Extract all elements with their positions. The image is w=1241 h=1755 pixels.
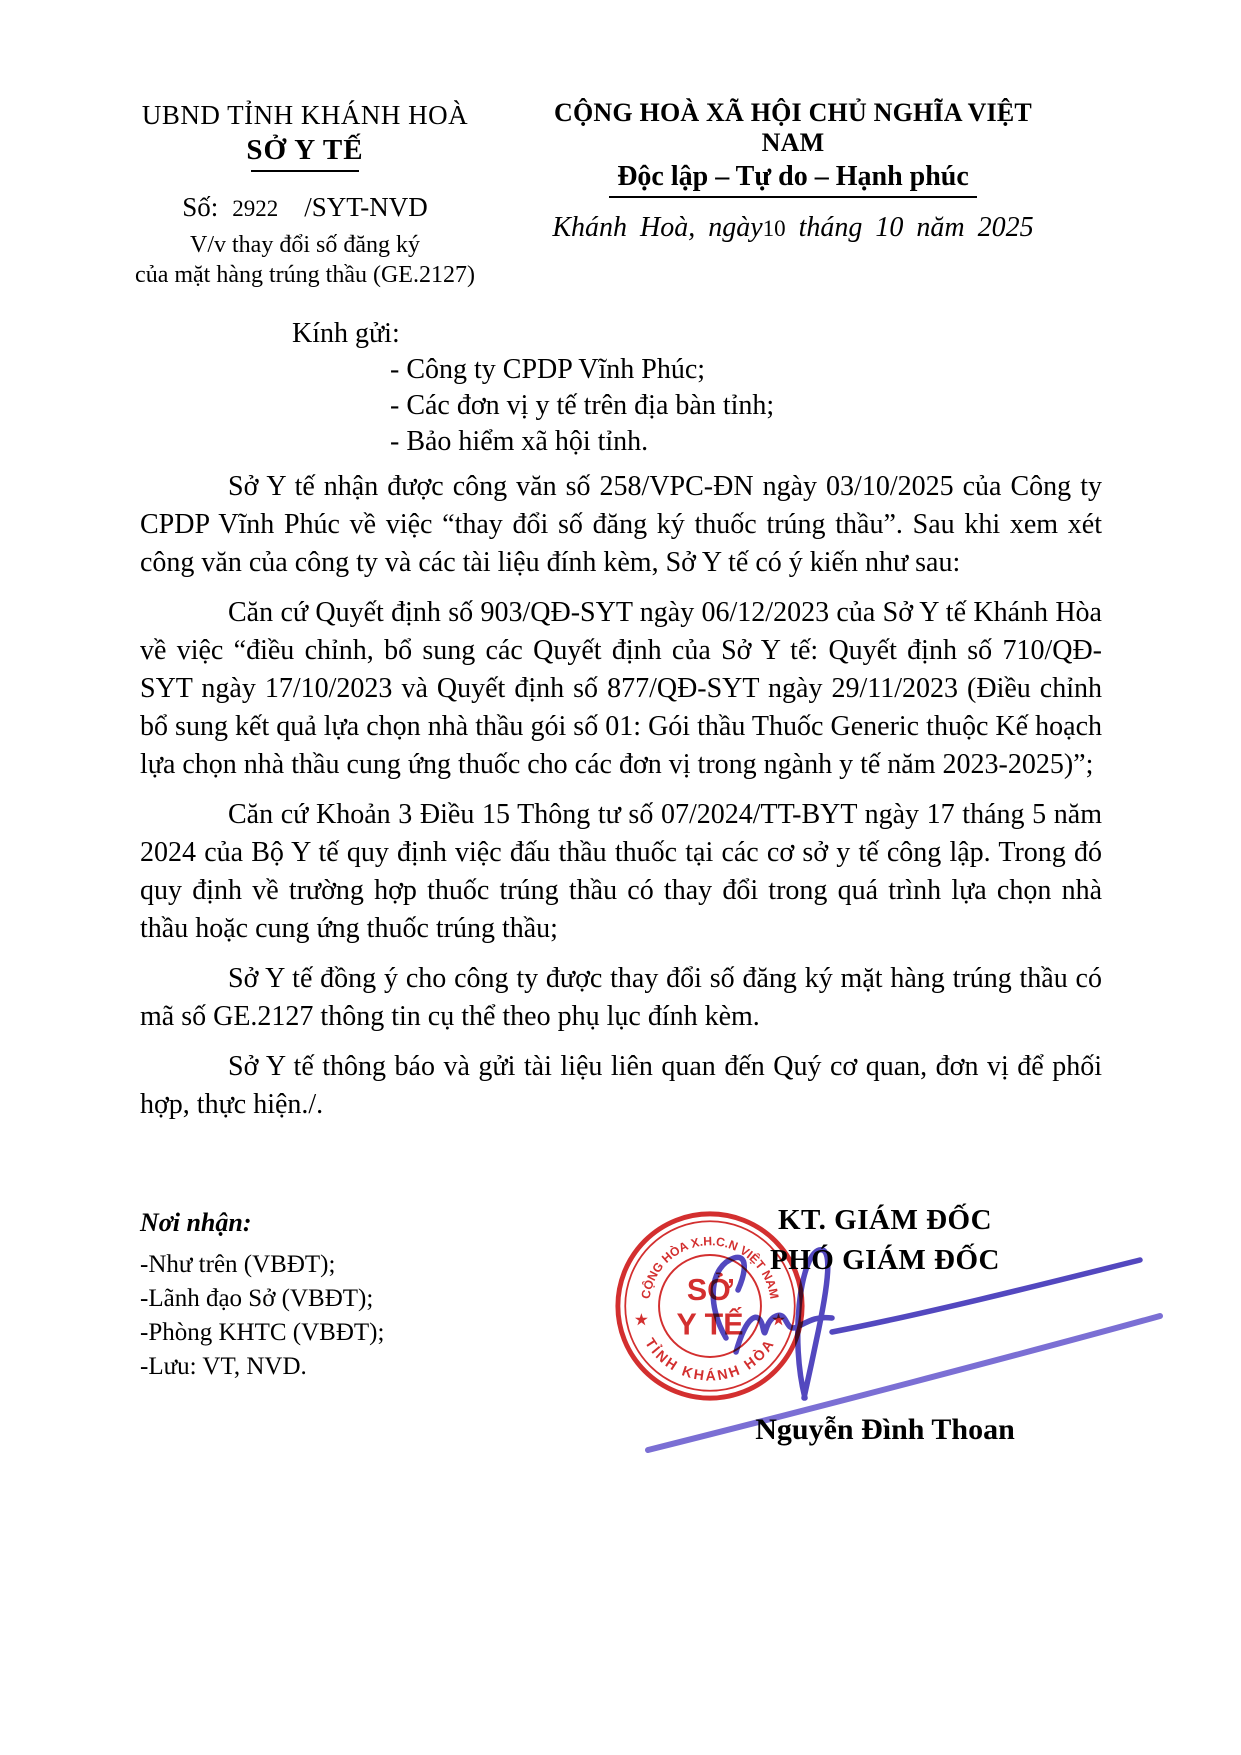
document-page: UBND TỈNH KHÁNH HOÀ SỞ Y TẾ Số:2922/SYT-… xyxy=(0,0,1241,1755)
salutation-block: Kính gửi: - Công ty CPDP Vĩnh Phúc; - Cá… xyxy=(292,316,774,460)
noi-nhan-list: -Như trên (VBĐT); -Lãnh đạo Sở (VBĐT); -… xyxy=(140,1248,384,1384)
recipient-item: - Các đơn vị y tế trên địa bàn tỉnh; xyxy=(390,388,774,424)
doc-number-label: Số: xyxy=(182,192,218,222)
recipient-item: - Bảo hiểm xã hội tỉnh. xyxy=(390,424,774,460)
header-left-block: UBND TỈNH KHÁNH HOÀ SỞ Y TẾ Số:2922/SYT-… xyxy=(100,100,510,290)
body-paragraph: Căn cứ Quyết định số 903/QĐ-SYT ngày 06/… xyxy=(140,594,1102,784)
org-name: SỞ Y TẾ xyxy=(100,134,510,167)
date-day: 10 xyxy=(763,216,786,241)
subject-line-2: của mặt hàng trúng thầu (GE.2127) xyxy=(100,260,510,290)
salutation-label: Kính gửi: xyxy=(292,316,774,352)
national-title: CỘNG HOÀ XÃ HỘI CHỦ NGHĨA VIỆT NAM xyxy=(538,98,1048,158)
header-right-block: CỘNG HOÀ XÃ HỘI CHỦ NGHĨA VIỆT NAM Độc l… xyxy=(538,98,1048,244)
recipient-list: - Công ty CPDP Vĩnh Phúc; - Các đơn vị y… xyxy=(390,352,774,460)
noi-nhan-item: -Như trên (VBĐT); xyxy=(140,1248,384,1282)
noi-nhan-item: -Lãnh đạo Sở (VBĐT); xyxy=(140,1282,384,1316)
doc-number-suffix: /SYT-NVD xyxy=(304,192,428,222)
noi-nhan-item: -Phòng KHTC (VBĐT); xyxy=(140,1316,384,1350)
national-motto: Độc lập – Tự do – Hạnh phúc xyxy=(609,161,977,198)
document-number-line: Số:2922/SYT-NVD xyxy=(100,192,510,223)
body-paragraph: Sở Y tế nhận được công văn số 258/VPC-ĐN… xyxy=(140,468,1102,582)
body-paragraph: Căn cứ Khoản 3 Điều 15 Thông tư số 07/20… xyxy=(140,796,1102,948)
recipient-item: - Công ty CPDP Vĩnh Phúc; xyxy=(390,352,774,388)
date-prefix: Khánh Hoà, ngày xyxy=(552,212,762,243)
noi-nhan-item: -Lưu: VT, NVD. xyxy=(140,1350,384,1384)
body-paragraph: Sở Y tế đồng ý cho công ty được thay đổi… xyxy=(140,960,1102,1036)
parent-org-name: UBND TỈNH KHÁNH HOÀ xyxy=(100,100,510,131)
body-paragraph: Sở Y tế thông báo và gửi tài liệu liên q… xyxy=(140,1048,1102,1124)
noi-nhan-block: Nơi nhận: -Như trên (VBĐT); -Lãnh đạo Sở… xyxy=(140,1208,384,1384)
org-name-underline xyxy=(251,170,359,172)
noi-nhan-label: Nơi nhận: xyxy=(140,1208,384,1238)
letter-body: Sở Y tế nhận được công văn số 258/VPC-ĐN… xyxy=(140,468,1102,1136)
signer-name: Nguyễn Đình Thoan xyxy=(660,1413,1110,1447)
date-line: Khánh Hoà, ngày10 tháng 10 năm 2025 xyxy=(538,212,1048,244)
doc-number-value: 2922 xyxy=(232,196,278,221)
date-suffix: tháng 10 năm 2025 xyxy=(799,212,1034,243)
subject-line-1: V/v thay đổi số đăng ký xyxy=(100,230,510,260)
